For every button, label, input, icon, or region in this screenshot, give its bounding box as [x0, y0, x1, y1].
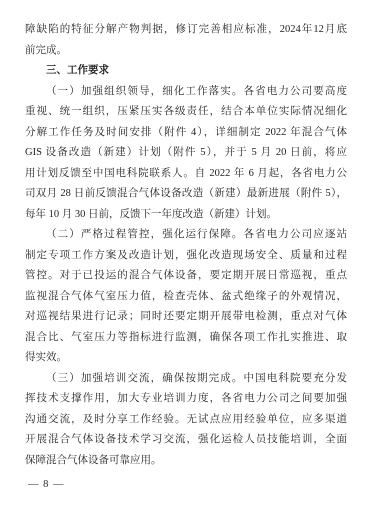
- text-line: 管控。对于已投运的混合气体设备，要定期开展日常巡视，重点: [25, 266, 347, 287]
- text-line: （一）加强组织领导，细化工作落实。各省电力公司要高度: [25, 82, 347, 103]
- text-line: 开展混合气体设备技术学习交流，强化运检人员技能培训，全面: [25, 430, 347, 451]
- text-line: 三、工作要求: [25, 61, 347, 82]
- text-line: 每年 10 月 30 日前，反馈下一年度改造（新建）计划。: [25, 205, 347, 226]
- para-item-2: （二）严格过程管控，强化运行保障。各省电力公司应逐站制定专项工作方案及改造计划，…: [25, 225, 347, 369]
- text-line: 保障混合气体设备可靠应用。: [25, 451, 347, 472]
- text-line: 沟通交流，及时分享工作经验。无试点应用经验单位，应多渠道: [25, 410, 347, 431]
- text-line: （二）严格过程管控，强化运行保障。各省电力公司应逐站: [25, 225, 347, 246]
- text-line: 得实效。: [25, 348, 347, 369]
- text-line: 监视混合气体气室压力值，检查壳体、盆式绝缘子的外观情况，: [25, 287, 347, 308]
- text-line: 挥技术支撑作用，加大专业培训力度，各省电力公司之间要加强: [25, 389, 347, 410]
- text-block: 障缺陷的特征分解产物判据，修订完善相应标准，2024年12月底前完成。三、工作要…: [25, 20, 347, 471]
- text-line: （三）加强培训交流，确保按期完成。中国电科院要充分发: [25, 369, 347, 390]
- page-number: — 8 —: [28, 477, 65, 493]
- heading-section-3: 三、工作要求: [25, 61, 347, 82]
- para-item-1: （一）加强组织领导，细化工作落实。各省电力公司要高度重视、统一组织，压紧压实各级…: [25, 82, 347, 226]
- text-line: 分解工作任务及时间安排（附件 4），详细制定 2022 年混合气体: [25, 123, 347, 144]
- text-line: 混合比、气室压力等指标进行监测，确保各项工作扎实推进、取: [25, 328, 347, 349]
- text-line: 对巡视结果进行记录；同时还要定期开展带电检测，重点对气体: [25, 307, 347, 328]
- para-continuation: 障缺陷的特征分解产物判据，修订完善相应标准，2024年12月底前完成。: [25, 20, 347, 61]
- text-line: 重视、统一组织，压紧压实各级责任，结合本单位实际情况细化: [25, 102, 347, 123]
- para-item-3: （三）加强培训交流，确保按期完成。中国电科院要充分发挥技术支撑作用，加大专业培训…: [25, 369, 347, 472]
- text-line: 前完成。: [25, 41, 347, 62]
- text-line: 制定专项工作方案及改造计划，强化改造现场安全、质量和过程: [25, 246, 347, 267]
- text-line: 用计划反馈至中国电科院联系人。自 2022 年 6 月起，各省电力公: [25, 164, 347, 185]
- document-page: 障缺陷的特征分解产物判据，修订完善相应标准，2024年12月底前完成。三、工作要…: [0, 0, 381, 515]
- text-line: 司双月 28 日前反馈混合气体设备改造（新建）最新进展（附件 5），: [25, 184, 347, 205]
- text-line: GIS 设备改造（新建）计划（附件 5），并于 5 月 20 日前，将应: [25, 143, 347, 164]
- text-line: 障缺陷的特征分解产物判据，修订完善相应标准，2024年12月底: [25, 20, 347, 41]
